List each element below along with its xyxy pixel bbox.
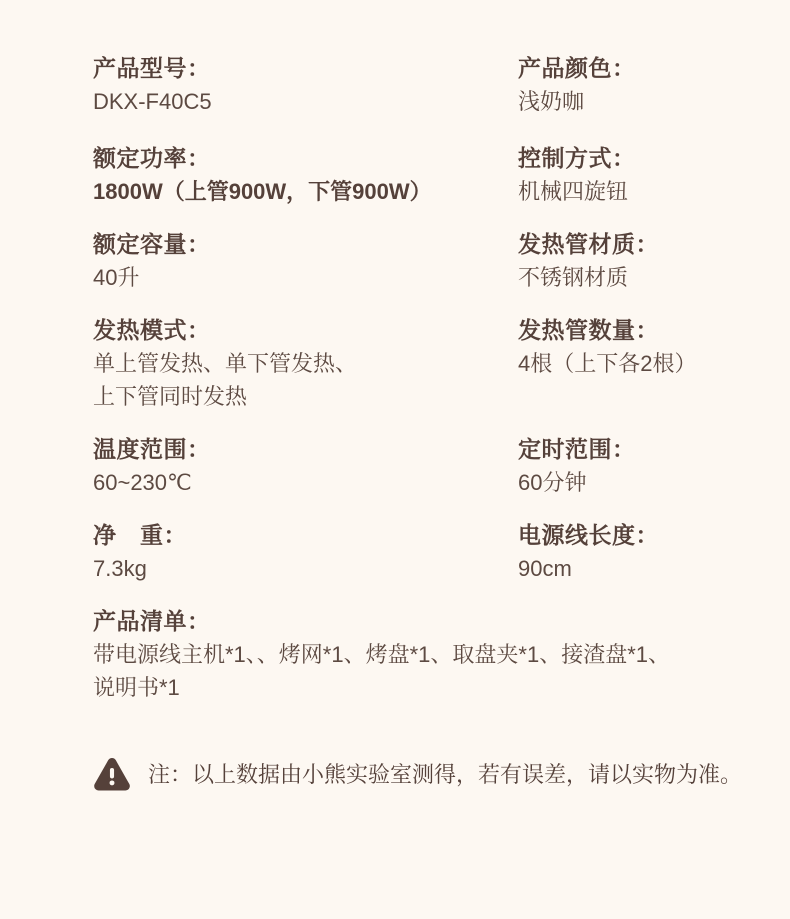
spec-value-timer-range: 60分钟 [518,466,752,499]
spec-label-heating-mode: 发热模式： [93,314,508,347]
spec-label-model: 产品型号： [93,52,508,85]
spec-value-color: 浅奶咖 [518,85,752,118]
spec-value-net-weight: 7.3kg [93,552,508,585]
spec-block-rated-power: 额定功率： 1800W（上管900W，下管900W） [93,142,518,208]
spec-label-timer-range: 定时范围： [518,433,752,466]
spec-block-control-method: 控制方式： 机械四旋钮 [518,142,752,208]
spec-value-heating-mode-line1: 单上管发热、单下管发热、 [93,347,508,380]
note-row: 注：以上数据由小熊实验室测得，若有误差，请以实物为准。 [93,756,752,794]
spec-value-cord-length: 90cm [518,552,752,585]
spec-value-rated-capacity: 40升 [93,261,508,294]
warning-exclamation-icon [93,756,131,794]
spec-block-product-list: 产品清单： 带电源线主机*1、、烤网*1、烤盘*1、取盘夹*1、接渣盘*1、 说… [93,605,752,704]
spec-value-heating-tube-material: 不锈钢材质 [518,261,752,294]
spec-label-color: 产品颜色： [518,52,752,85]
spec-label-rated-power: 额定功率： [93,142,508,175]
spec-value-heating-mode-line2: 上下管同时发热 [93,380,508,413]
spec-label-heating-tube-material: 发热管材质： [518,228,752,261]
spec-label-rated-capacity: 额定容量： [93,228,508,261]
spec-value-model: DKX-F40C5 [93,85,508,118]
spec-block-rated-capacity: 额定容量： 40升 [93,228,518,294]
spec-label-heating-tube-count: 发热管数量： [518,314,752,347]
spec-block-cord-length: 电源线长度： 90cm [518,519,752,585]
spec-content: 产品型号： DKX-F40C5 产品颜色： 浅奶咖 额定功率： 1800W（上管… [93,52,752,794]
spec-block-heating-mode: 发热模式： 单上管发热、单下管发热、 上下管同时发热 [93,314,518,413]
spec-block-model: 产品型号： DKX-F40C5 [93,52,518,118]
spec-row-mode-tubecount: 发热模式： 单上管发热、单下管发热、 上下管同时发热 发热管数量： 4根（上下各… [93,314,752,413]
spec-block-timer-range: 定时范围： 60分钟 [518,433,752,499]
spec-label-control-method: 控制方式： [518,142,752,175]
spec-row-model-color: 产品型号： DKX-F40C5 产品颜色： 浅奶咖 [93,52,752,118]
spec-block-temperature-range: 温度范围： 60~230℃ [93,433,518,499]
spec-label-product-list: 产品清单： [93,605,752,638]
spec-value-control-method: 机械四旋钮 [518,175,752,208]
spec-row-temp-timer: 温度范围： 60~230℃ 定时范围： 60分钟 [93,433,752,499]
spec-block-color: 产品颜色： 浅奶咖 [518,52,752,118]
spec-value-rated-power: 1800W（上管900W，下管900W） [93,175,508,208]
spec-block-heating-tube-material: 发热管材质： 不锈钢材质 [518,228,752,294]
spec-value-temperature-range: 60~230℃ [93,466,508,499]
spec-value-product-list-line2: 说明书*1 [93,671,752,704]
spec-row-weight-cord: 净 重： 7.3kg 电源线长度： 90cm [93,519,752,585]
spec-row-capacity-material: 额定容量： 40升 发热管材质： 不锈钢材质 [93,228,752,294]
spec-value-product-list-line1: 带电源线主机*1、、烤网*1、烤盘*1、取盘夹*1、接渣盘*1、 [93,638,752,671]
spec-label-net-weight: 净 重： [93,519,508,552]
spec-value-heating-tube-count: 4根（上下各2根） [518,347,752,380]
spec-label-cord-length: 电源线长度： [518,519,752,552]
spec-row-power-control: 额定功率： 1800W（上管900W，下管900W） 控制方式： 机械四旋钮 [93,142,752,208]
spec-block-net-weight: 净 重： 7.3kg [93,519,518,585]
note-text: 注：以上数据由小熊实验室测得，若有误差，请以实物为准。 [148,759,742,791]
spec-label-temperature-range: 温度范围： [93,433,508,466]
product-spec-sheet: 产品型号： DKX-F40C5 产品颜色： 浅奶咖 额定功率： 1800W（上管… [0,0,790,919]
spec-block-heating-tube-count: 发热管数量： 4根（上下各2根） [518,314,752,413]
